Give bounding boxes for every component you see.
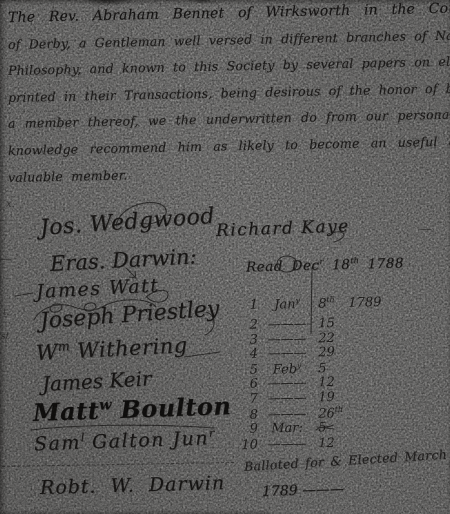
- signature-matthew-boulton: Mattw Boulton: [32, 391, 231, 427]
- margin-mark-1: x.: [6, 199, 15, 210]
- ballot-row-9: 9 Mar: 5: [240, 420, 341, 437]
- paragraph-line-4: printed in their Transactions, being des…: [8, 80, 450, 105]
- signature-eras-darwin: Eras. Darwin:: [49, 244, 197, 276]
- ballot-row-1: 1 Jany 8th 1789: [240, 294, 382, 313]
- paragraph-line-2: of Derby, a Gentleman well versed in dif…: [8, 27, 450, 52]
- signature-joseph-priestley: Joseph Priestley: [39, 297, 220, 334]
- ballot-row-10: 10 ——— 12: [240, 436, 341, 453]
- signature-james-keir: James Keir: [41, 366, 152, 396]
- signature-wm-withering: Wm Withering: [35, 332, 188, 365]
- paragraph-line-3: Philosophy, and known to this Society by…: [8, 53, 450, 78]
- read-date-line: Read Decr 18th 1788: [246, 254, 404, 276]
- elected-note-line-2: 1789 ———: [262, 481, 345, 500]
- signature-jos-wedgwood: Jos. Wedgwood: [39, 204, 216, 241]
- faint-dash-trail: [8, 109, 93, 113]
- signature-saml-galton: Saml Galton Junr: [34, 426, 215, 456]
- margin-mark-4: st: [1, 332, 9, 342]
- dash-before-watt: [15, 293, 33, 296]
- ink-layer: The Rev. Abraham Bennet of Wirksworth in…: [0, 0, 450, 514]
- signature-james-watt: James Watt: [35, 275, 159, 303]
- withering-tail-dash: [184, 352, 220, 357]
- separator-dashed-line: [2, 462, 234, 467]
- margin-mark-3: t.: [3, 308, 9, 318]
- margin-mark-2: —: [0, 252, 12, 266]
- signature-richard-kaye: Richard Kaye: [216, 216, 350, 241]
- paragraph-line-7: valuable member.: [8, 167, 128, 185]
- margin-mark-5: —: [420, 222, 432, 236]
- manuscript-page: The Rev. Abraham Bennet of Wirksworth in…: [0, 0, 450, 514]
- paragraph-line-6: knowledge recommend him as likely to bec…: [8, 133, 450, 158]
- paragraph-line-1: The Rev. Abraham Bennet of Wirksworth in…: [8, 0, 450, 26]
- signature-robt-darwin: Robt. W. Darwin: [40, 472, 226, 499]
